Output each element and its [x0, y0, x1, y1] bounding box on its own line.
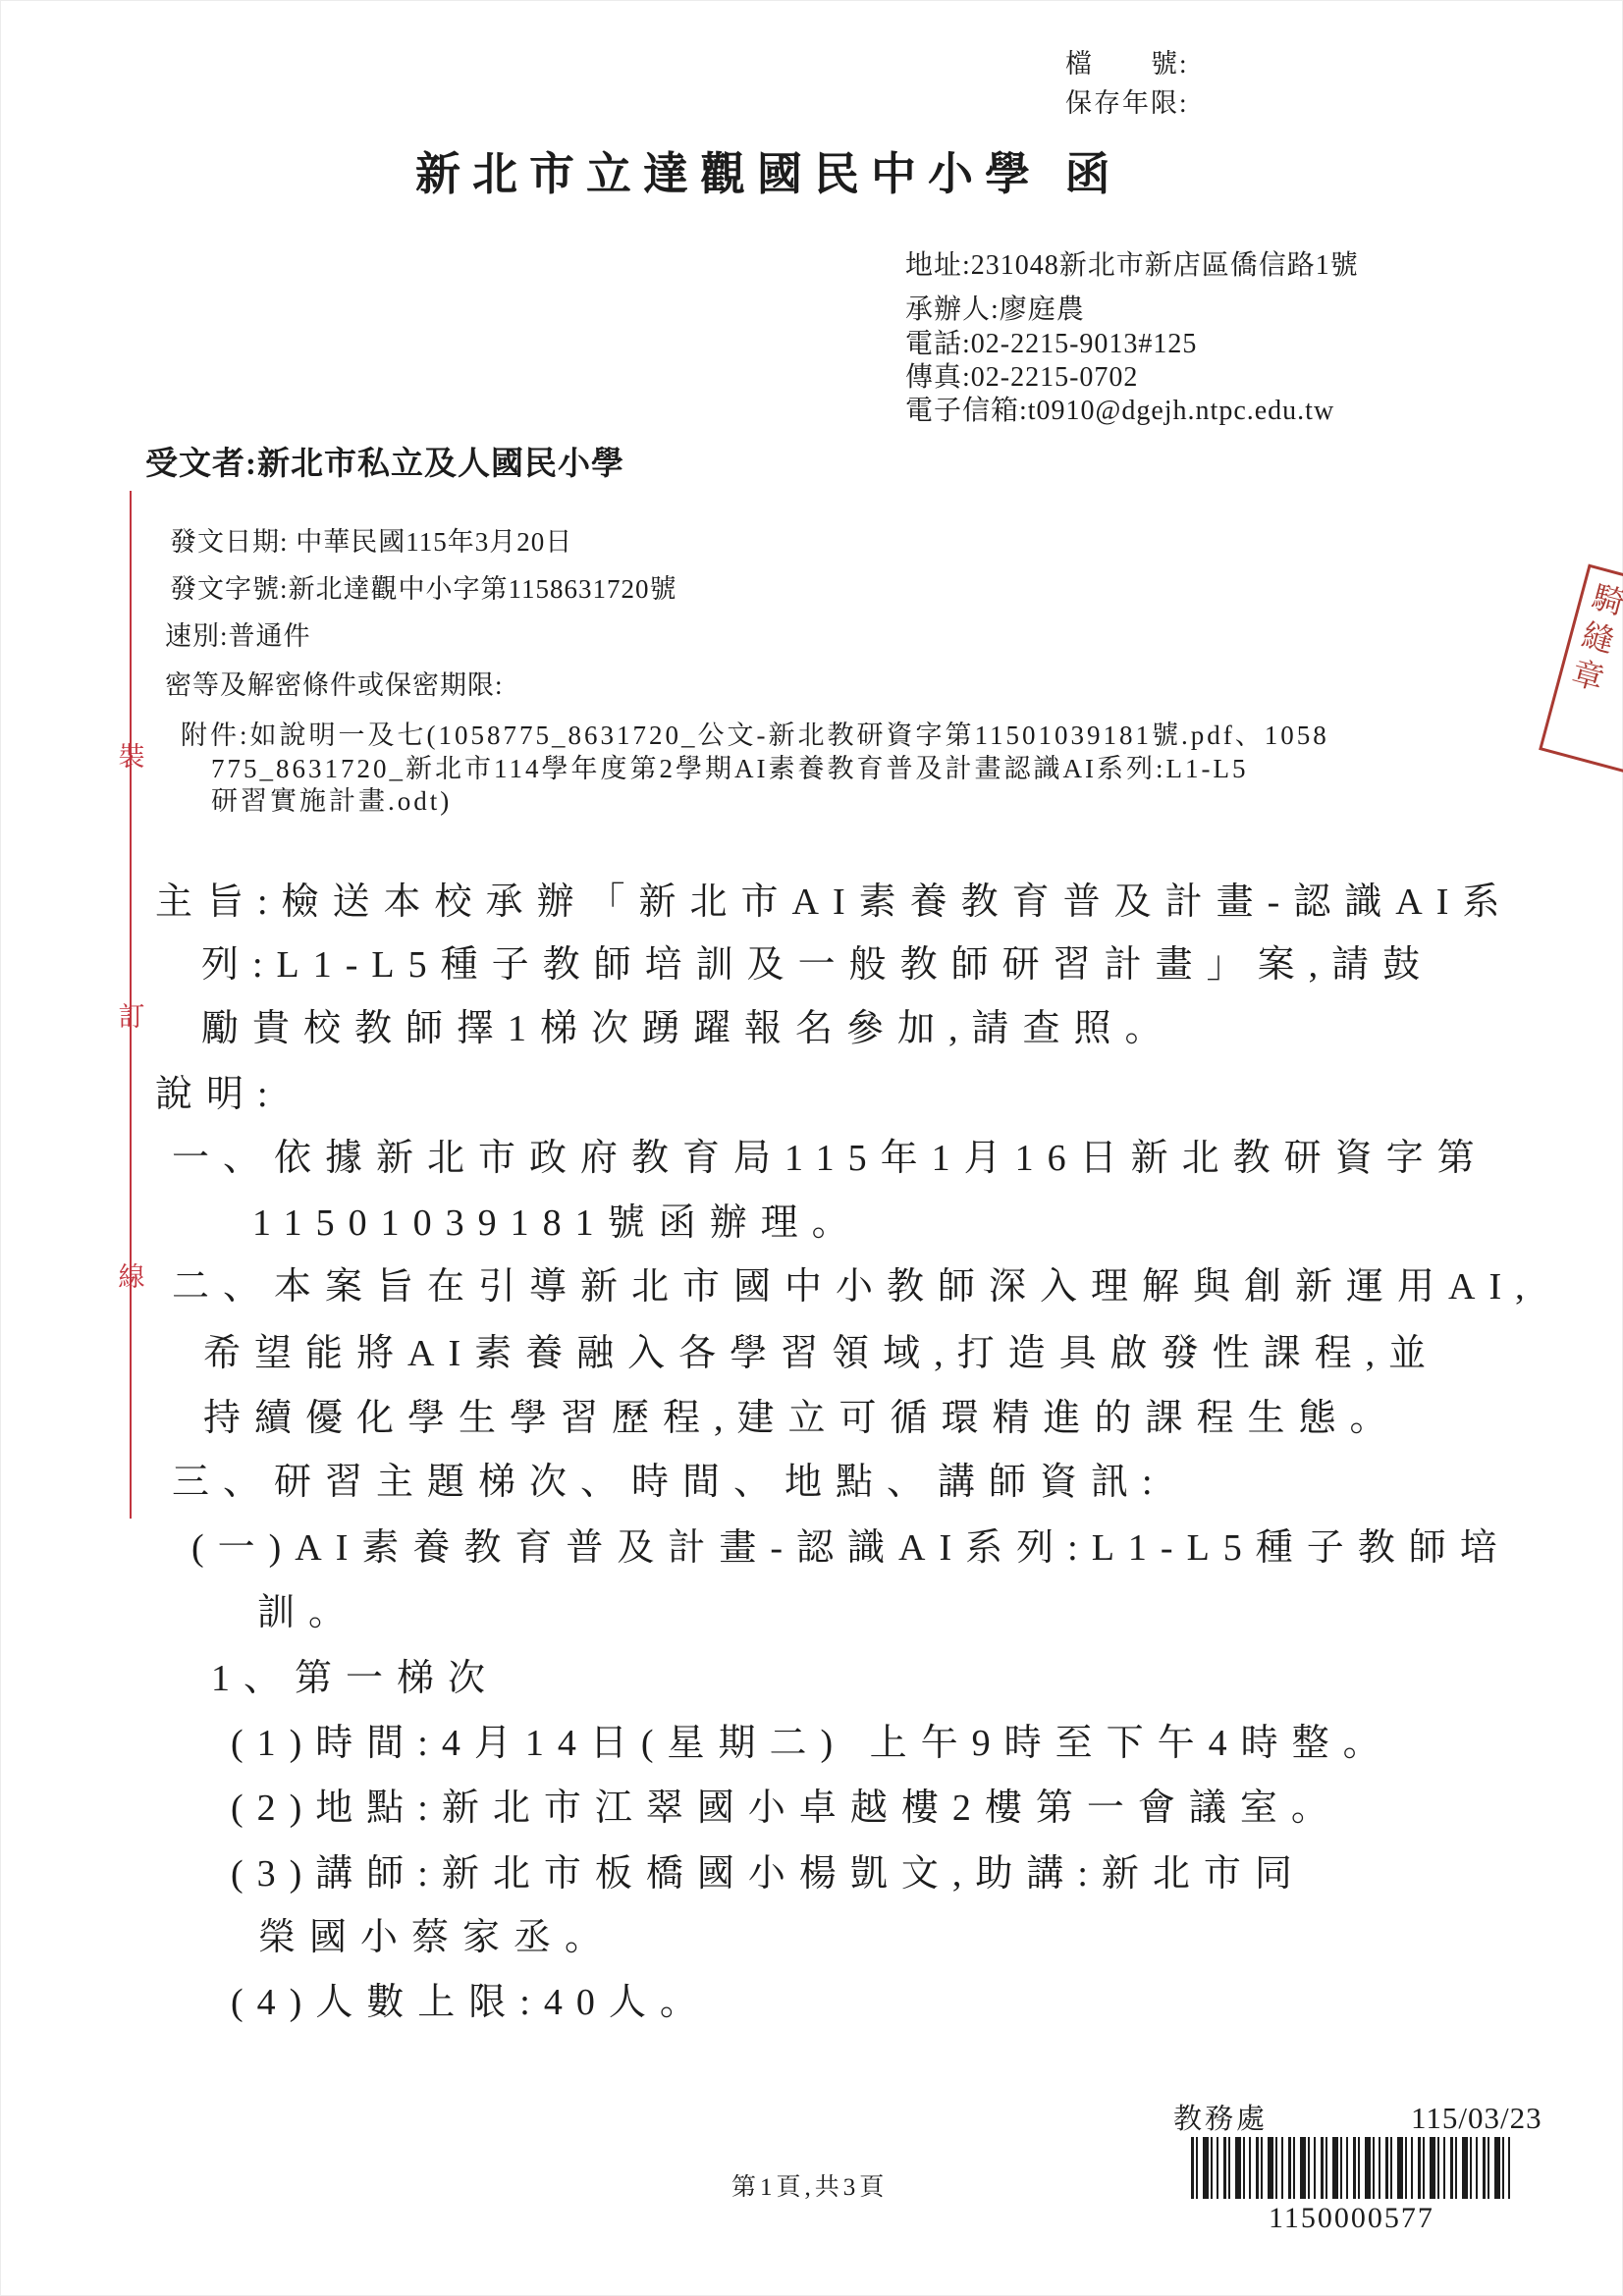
contact-email: 電子信箱:t0910@dgejh.ntpc.edu.tw	[905, 396, 1334, 427]
explanation-line: 訓。	[257, 1592, 359, 1635]
subject-line: 主旨:檢送本校承辦「新北市AI素養教育普及計畫-認識AI系	[155, 881, 1513, 925]
contact-fax: 傳真:02-2215-0702	[905, 362, 1138, 394]
explanation-line: 三、研習主題梯次、時間、地點、講師資訊:	[172, 1462, 1166, 1505]
page-footer: 第1頁,共3頁	[731, 2174, 888, 2203]
page-joint-stamp: 騎縫章	[1539, 563, 1623, 786]
binding-char-ding: 訂	[117, 1002, 146, 1033]
explanation-line: 1、第一梯次	[211, 1658, 499, 1701]
attachment-line: 研習實施計畫.odt)	[211, 786, 452, 817]
document-title: 新北市立達觀國民中小學 函	[415, 149, 1122, 201]
document-page: 檔 號: 保存年限: 新北市立達觀國民中小學 函 地址:231048新北市新店區…	[0, 0, 1623, 2296]
contact-phone: 電話:02-2215-9013#125	[905, 329, 1197, 360]
dept-date: 115/03/23	[1411, 2101, 1542, 2136]
explanation-line: 一、依據新北市政府教育局115年1月16日新北教研資字第	[172, 1138, 1488, 1181]
retention-label: 保存年限:	[1065, 88, 1189, 119]
explanation-line: 榮國小蔡家丞。	[258, 1917, 616, 1960]
issue-date-line: 發文日期: 中華民國115年3月20日	[170, 527, 572, 558]
binding-char-xian: 線	[117, 1262, 146, 1293]
file-number-label: 檔 號:	[1065, 49, 1189, 80]
barcode	[1191, 2137, 1512, 2199]
subject-line: 列:L1-L5種子教師培訓及一般教師研習計畫」案,請鼓	[201, 944, 1434, 988]
explanation-line: (3)講師:新北市板橋國小楊凱文,助講:新北市同	[231, 1853, 1306, 1896]
explanation-line: 二、本案旨在引導新北市國中小教師深入理解與創新運用AI,	[172, 1266, 1539, 1309]
binding-char-zhuang: 裝	[117, 742, 146, 773]
explanation-line: 希望能將AI素養融入各學習領域,打造具啟發性課程,並	[203, 1333, 1439, 1376]
explanation-line: (一)AI素養教育普及計畫-認識AI系列:L1-L5種子教師培	[191, 1527, 1511, 1571]
doc-number-line: 發文字號:新北達觀中小字第1158631720號	[170, 574, 677, 605]
explanation-line: 11501039181號函辦理。	[252, 1202, 863, 1246]
explanation-line: (1)時間:4月14日(星期二) 上午9時至下午4時整。	[231, 1723, 1394, 1766]
recipient-line: 受文者:新北市私立及人國民小學	[145, 447, 624, 484]
security-line: 密等及解密條件或保密期限:	[165, 670, 504, 701]
contact-address: 地址:231048新北市新店區僑信路1號	[905, 250, 1359, 282]
explanation-line: (4)人數上限:40人。	[231, 1982, 711, 2025]
explanation-heading: 說明:	[155, 1074, 282, 1117]
attachment-line: 775_8631720_新北市114學年度第2學期AI素養教育普及計畫認識AI系…	[211, 754, 1248, 784]
contact-person: 承辦人:廖庭農	[905, 294, 1085, 326]
dept-office-label: 教務處	[1173, 2104, 1268, 2136]
stamp-text: 騎縫章	[1565, 579, 1623, 701]
subject-line: 勵貴校教師擇1梯次踴躍報名參加,請查照。	[201, 1008, 1176, 1051]
explanation-line: 持續優化學生學習歷程,建立可循環精進的課程生態。	[203, 1398, 1401, 1441]
speed-line: 速別:普通件	[165, 621, 311, 652]
barcode-number: 1150000577	[1191, 2202, 1512, 2236]
explanation-line: (2)地點:新北市江翠國小卓越樓2樓第一會議室。	[231, 1788, 1342, 1831]
attachment-line: 附件:如說明一及七(1058775_8631720_公文-新北教研資字第1150…	[181, 721, 1329, 751]
